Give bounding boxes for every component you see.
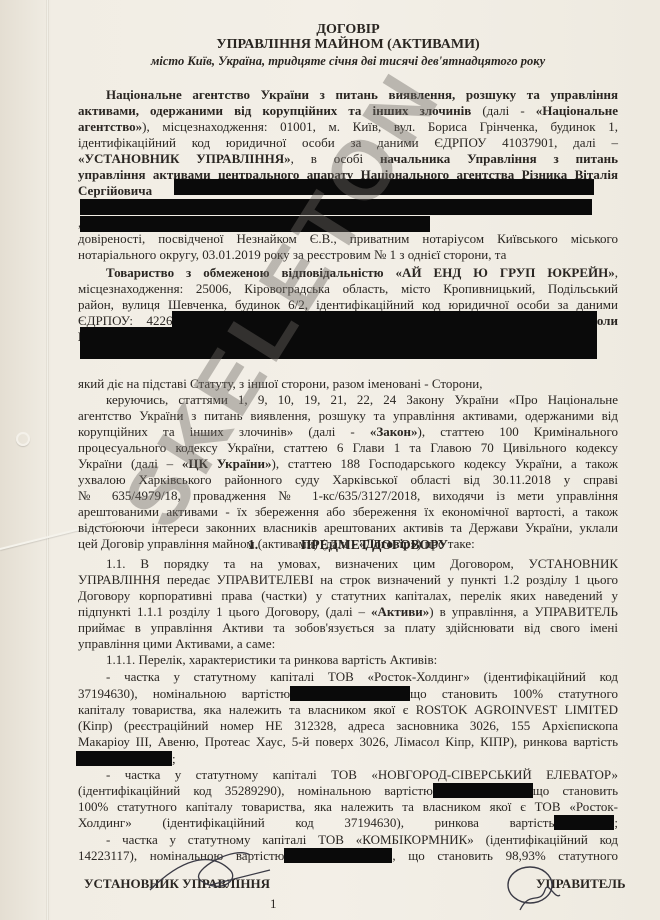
text-line: - частка у статутному капіталі ТОВ «НОВГ… (106, 767, 618, 783)
text-span: ), місцезнаходження: 01001, м. Київ, вул… (142, 119, 618, 134)
text-span: нотаріального округу, 03.01.2019 року за… (78, 247, 506, 262)
page-number: 1 (270, 896, 277, 912)
text-line: довіреності, посвідченої Незнайком Є.В.,… (78, 231, 618, 247)
text-span: місцезнаходження: 25006, Кіровоградська … (78, 281, 618, 296)
text-line: агентство України з питань виявлення, ро… (78, 408, 618, 424)
redaction-box (433, 783, 533, 798)
text-span: процесуального кодексу України, статтею … (78, 440, 618, 455)
text-line: процесуального кодексу України, статтею … (78, 440, 618, 456)
text-line: приймає в управління Активи та зобов'язу… (78, 620, 618, 636)
text-span: № 635/4979/18, провадження № 1-кс/635/31… (78, 488, 618, 503)
text-line: Холдинг» (ідентифікаційний код 37194630)… (78, 815, 618, 831)
text-span: 37194630), номінальною вартістю (78, 686, 290, 701)
redaction-bar (80, 327, 597, 343)
text-line: 1.1. В порядку та на умовах, визначених … (106, 556, 618, 572)
redaction-bar (80, 216, 430, 232)
text-span: відстоюючи інтереси законних власників а… (78, 520, 618, 535)
text-line: активами, одержаними від корупційних та … (78, 103, 618, 119)
redaction-bar (174, 179, 594, 195)
section-title: ПРЕДМЕТ ДОГОВОРУ (301, 537, 448, 552)
text-span: ), статтею 188 Господарського кодексу Ук… (272, 456, 619, 471)
text-span: керуючись, статтями 1, 9, 10, 19, 21, 22… (106, 392, 618, 407)
text-span: ідентифікаційний код юридичної особи за … (78, 135, 618, 150)
redaction-box (76, 751, 172, 766)
text-line: управління цими Активами, а саме: (78, 636, 618, 652)
text-line: арештованими активами - їх збереження аб… (78, 504, 618, 520)
text-span: , (615, 265, 618, 280)
text-line: ухвалою Харківського районного суду Харк… (78, 472, 618, 488)
text-span: ухвалою Харківського районного суду Харк… (78, 472, 618, 487)
text-span: Сергійовича (78, 183, 152, 198)
signature-scribble-left (140, 840, 280, 900)
section-number: 1. (248, 537, 258, 552)
text-span: (далі - (471, 103, 535, 118)
text-span: Національне агентство України з питань в… (106, 87, 618, 102)
text-span: що становить (533, 783, 618, 798)
text-line: (ідентифікаційний код 35289290), номінал… (78, 783, 618, 799)
section-heading: 1. ПРЕДМЕТ ДОГОВОРУ (78, 537, 618, 553)
text-line: нотаріального округу, 03.01.2019 року за… (78, 247, 618, 263)
text-span: управління цими Активами, а саме: (78, 636, 275, 651)
text-span: «УСТАНОВНИК УПРАВЛІННЯ» (78, 151, 291, 166)
text-line: підпункті 1.1.1 розділу 1 цього Договору… (78, 604, 618, 620)
text-line: «УСТАНОВНИК УПРАВЛІННЯ», в особі начальн… (78, 151, 618, 167)
text-span: - частка у статутному капіталі ТОВ «Рост… (106, 669, 618, 684)
text-span: (ідентифікаційний код 35289290), номінал… (78, 783, 433, 798)
text-line: ідентифікаційний код юридичної особи за … (78, 135, 618, 151)
text-span: підпункті 1.1.1 розділу 1 цього Договору… (78, 604, 371, 619)
text-span: ; (614, 815, 618, 830)
text-span: корупційних та інших злочинів» (далі - (78, 424, 370, 439)
text-line: № 635/4979/18, провадження № 1-кс/635/31… (78, 488, 618, 504)
text-span: «Національне (536, 103, 618, 118)
binding-knot (16, 432, 30, 446)
text-span: Холдинг» (ідентифікаційний код 37194630)… (78, 815, 554, 830)
text-span: ), статтею 100 Кримінального (418, 424, 618, 439)
text-span: 1.1.1. Перелік, характеристики та ринков… (106, 652, 437, 667)
signature-scribble-right (500, 860, 570, 920)
text-span: арештованими активами - їх збереження аб… (78, 504, 618, 519)
redaction-bar (80, 343, 597, 359)
text-line: Національне агентство України з питань в… (106, 87, 618, 103)
text-span: ) в управління, а УПРАВИТЕЛЬ (429, 604, 618, 619)
text-span: що становить 100% статутного (410, 686, 618, 701)
text-span: Товариство з обмеженою відповідальністю … (106, 265, 615, 280)
text-span: ; (172, 751, 176, 766)
text-span: начальника Управління з питань (380, 151, 618, 166)
text-span: агентство» (78, 119, 142, 134)
text-span: УПРАВЛІННЯ передає УПРАВИТЕЛЕВІ на строк… (78, 572, 618, 587)
text-span: агентство України з питань виявлення, ро… (78, 408, 618, 423)
text-line: 37194630), номінальною вартістющо станов… (78, 686, 618, 702)
text-span: України (далі – (78, 456, 182, 471)
redaction-box (554, 815, 614, 830)
text-line: агентство»), місцезнаходження: 01001, м.… (78, 119, 618, 135)
text-span: який діє на підставі Статуту, з іншої ст… (78, 376, 483, 391)
binding-string-vertical (46, 0, 49, 920)
text-span: , в особі (291, 151, 380, 166)
text-line: Договору корпоративні права (частки) у с… (78, 588, 618, 604)
text-line: капіталу товариства, яка належить та вла… (78, 702, 618, 718)
text-span: капіталу товариства, яка належить та вла… (78, 702, 618, 717)
text-span: (Кіпр) (реєстраційний номер НЕ 312328, а… (78, 718, 618, 733)
text-line: Товариство з обмеженою відповідальністю … (106, 265, 618, 281)
text-span: «ЦК України» (182, 456, 272, 471)
text-line: 100% статутного капіталу товариства, яка… (78, 799, 618, 815)
text-line: Макаріоу ІІІ, Авеню, Протеас Хаус, 5-й п… (78, 734, 618, 750)
text-span: «Активи» (371, 604, 429, 619)
text-line: відстоюючи інтереси законних власників а… (78, 520, 618, 536)
redaction-box (290, 686, 410, 701)
text-line: 1.1.1. Перелік, характеристики та ринков… (106, 652, 618, 668)
redaction-bar (80, 199, 592, 215)
text-span: довіреності, посвідченої Незнайком Є.В.,… (78, 231, 618, 246)
text-line: ; (76, 751, 618, 767)
text-line: керуючись, статтями 1, 9, 10, 19, 21, 22… (106, 392, 618, 408)
text-line: місцезнаходження: 25006, Кіровоградська … (78, 281, 618, 297)
text-span: Договору корпоративні права (частки) у с… (78, 588, 618, 603)
redaction-box (284, 848, 392, 863)
text-line: корупційних та інших злочинів» (далі - «… (78, 424, 618, 440)
text-line: України (далі – «ЦК України»), статтею 1… (78, 456, 618, 472)
place-date: місто Київ, Україна, тридцяте січня дві … (78, 54, 618, 69)
text-span: - частка у статутному капіталі ТОВ «НОВГ… (106, 767, 618, 782)
text-line: УПРАВЛІННЯ передає УПРАВИТЕЛЕВІ на строк… (78, 572, 618, 588)
text-line: який діє на підставі Статуту, з іншої ст… (78, 376, 618, 392)
text-line: - частка у статутному капіталі ТОВ «Рост… (106, 669, 618, 685)
text-span: 100% статутного капіталу товариства, яка… (78, 799, 618, 814)
text-span: район, вулиця Шевченка, будинок 6/2, іде… (78, 297, 618, 312)
text-line: (Кіпр) (реєстраційний номер НЕ 312328, а… (78, 718, 618, 734)
text-span: Макаріоу ІІІ, Авеню, Протеас Хаус, 5-й п… (78, 734, 618, 749)
document-subtitle: УПРАВЛІННЯ МАЙНОМ (АКТИВАМИ) (78, 36, 618, 53)
document-page: ДОГОВІР УПРАВЛІННЯ МАЙНОМ (АКТИВАМИ) міс… (0, 0, 660, 920)
text-span: активами, одержаними від корупційних та … (78, 103, 471, 118)
redaction-bar (172, 311, 597, 327)
text-span: 1.1. В порядку та на умовах, визначених … (106, 556, 618, 571)
text-span: «Закон» (370, 424, 418, 439)
text-span: приймає в управління Активи та зобов'язу… (78, 620, 618, 635)
